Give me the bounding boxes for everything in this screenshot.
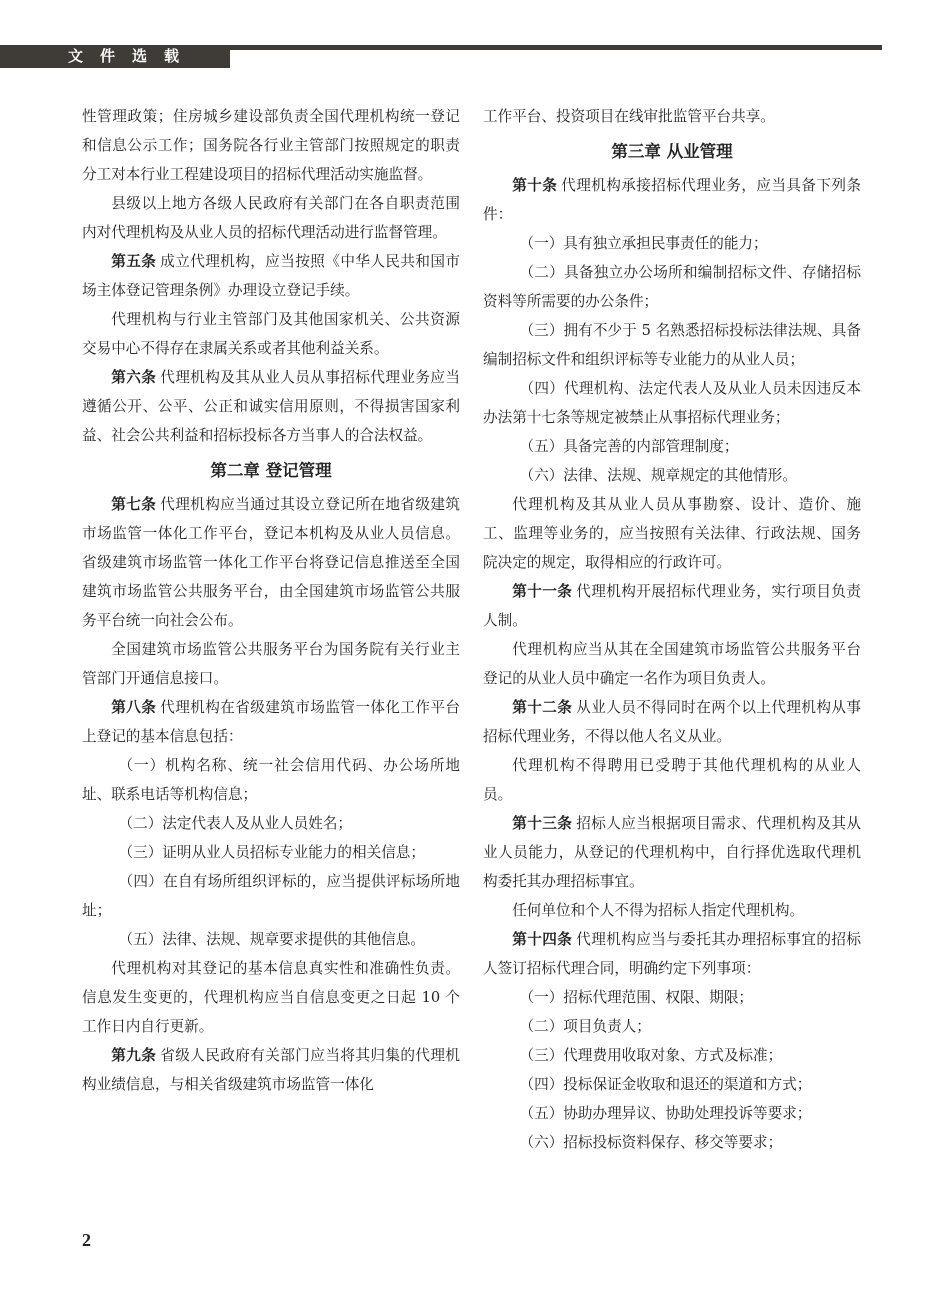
article-label: 第十一条 [512, 583, 572, 600]
list-item: （四）代理机构、法定代表人及从业人员未因违反本办法第十七条等规定被禁止从事招标代… [483, 374, 861, 432]
section-label: 文件选载 [68, 46, 196, 67]
list-item: （一）机构名称、统一社会信用代码、办公场所地址、联系电话等机构信息； [82, 751, 460, 809]
article-label: 第九条 [111, 1047, 156, 1064]
article-paragraph: 第五条成立代理机构，应当按照《中华人民共和国市场主体登记管理条例》办理设立登记手… [82, 247, 460, 305]
paragraph: 代理机构应当从其在全国建筑市场监管公共服务平台登记的从业人员中确定一名作为项目负… [483, 635, 861, 693]
chapter-heading: 第三章 从业管理 [483, 137, 861, 167]
list-item: （四）在自有场所组织评标的，应当提供评标场所地址； [82, 867, 460, 925]
left-column: 性管理政策；住房城乡建设部负责全国代理机构统一登记和信息公示工作；国务院各行业主… [82, 102, 460, 1099]
list-item: （三）证明从业人员招标专业能力的相关信息； [82, 838, 460, 867]
list-item: （一）具有独立承担民事责任的能力； [483, 229, 861, 258]
right-column: 工作平台、投资项目在线审批监管平台共享。第三章 从业管理第十条代理机构承接招标代… [483, 102, 861, 1157]
article-paragraph: 第九条省级人民政府有关部门应当将其归集的代理机构业绩信息，与相关省级建筑市场监管… [82, 1041, 460, 1099]
paragraph: 工作平台、投资项目在线审批监管平台共享。 [483, 102, 861, 131]
article-paragraph: 第十一条代理机构开展招标代理业务，实行项目负责人制。 [483, 577, 861, 635]
list-item: （二）项目负责人； [483, 1012, 861, 1041]
paragraph: 全国建筑市场监管公共服务平台为国务院有关行业主管部门开通信息接口。 [82, 635, 460, 693]
article-text: 代理机构应当通过其设立登记所在地省级建筑市场监管一体化工作平台，登记本机构及从业… [82, 496, 460, 629]
list-item: （五）法律、法规、规章要求提供的其他信息。 [82, 925, 460, 954]
article-paragraph: 第十条代理机构承接招标代理业务，应当具备下列条件： [483, 171, 861, 229]
section-header-rule [230, 45, 882, 50]
list-item: （六）招标投标资料保存、移交等要求； [483, 1128, 861, 1157]
article-label: 第十二条 [512, 699, 572, 716]
page-number: 2 [82, 1230, 91, 1251]
article-label: 第六条 [111, 369, 156, 386]
article-label: 第十四条 [512, 931, 572, 948]
list-item: （四）投标保证金收取和退还的渠道和方式； [483, 1070, 861, 1099]
list-item: （三）代理费用收取对象、方式及标准； [483, 1041, 861, 1070]
article-paragraph: 第十三条招标人应当根据项目需求、代理机构及其从业人员能力，从登记的代理机构中，自… [483, 809, 861, 896]
paragraph: 县级以上地方各级人民政府有关部门在各自职责范围内对代理机构及从业人员的招标代理活… [82, 189, 460, 247]
list-item: （一）招标代理范围、权限、期限； [483, 983, 861, 1012]
article-label: 第八条 [111, 699, 156, 716]
article-label: 第十条 [512, 177, 557, 194]
article-label: 第十三条 [512, 815, 572, 832]
paragraph: 代理机构及其从业人员从事勘察、设计、造价、施工、监理等业务的，应当按照有关法律、… [483, 490, 861, 577]
list-item: （五）具备完善的内部管理制度； [483, 432, 861, 461]
list-item: （三）拥有不少于 5 名熟悉招标投标法律法规、具备编制招标文件和组织评标等专业能… [483, 316, 861, 374]
paragraph: 代理机构与行业主管部门及其他国家机关、公共资源交易中心不得存在隶属关系或者其他利… [82, 305, 460, 363]
article-label: 第五条 [111, 253, 156, 270]
list-item: （五）协助办理异议、协助处理投诉等要求； [483, 1099, 861, 1128]
article-paragraph: 第十四条代理机构应当与委托其办理招标事宜的招标人签订招标代理合同，明确约定下列事… [483, 925, 861, 983]
article-label: 第七条 [111, 496, 156, 513]
list-item: （六）法律、法规、规章规定的其他情形。 [483, 461, 861, 490]
list-item: （二）具备独立办公场所和编制招标文件、存储招标资料等所需要的办公条件； [483, 258, 861, 316]
list-item: （二）法定代表人及从业人员姓名； [82, 809, 460, 838]
article-paragraph: 第六条代理机构及其从业人员从事招标代理业务应当遵循公开、公平、公正和诚实信用原则… [82, 363, 460, 450]
chapter-heading: 第二章 登记管理 [82, 456, 460, 486]
article-paragraph: 第八条代理机构在省级建筑市场监管一体化工作平台上登记的基本信息包括： [82, 693, 460, 751]
paragraph: 代理机构对其登记的基本信息真实性和准确性负责。信息发生变更的，代理机构应当自信息… [82, 954, 460, 1041]
paragraph: 任何单位和个人不得为招标人指定代理机构。 [483, 896, 861, 925]
article-paragraph: 第七条代理机构应当通过其设立登记所在地省级建筑市场监管一体化工作平台，登记本机构… [82, 490, 460, 635]
paragraph: 性管理政策；住房城乡建设部负责全国代理机构统一登记和信息公示工作；国务院各行业主… [82, 102, 460, 189]
article-paragraph: 第十二条从业人员不得同时在两个以上代理机构从事招标代理业务，不得以他人名义从业。 [483, 693, 861, 751]
paragraph: 代理机构不得聘用已受聘于其他代理机构的从业人员。 [483, 751, 861, 809]
